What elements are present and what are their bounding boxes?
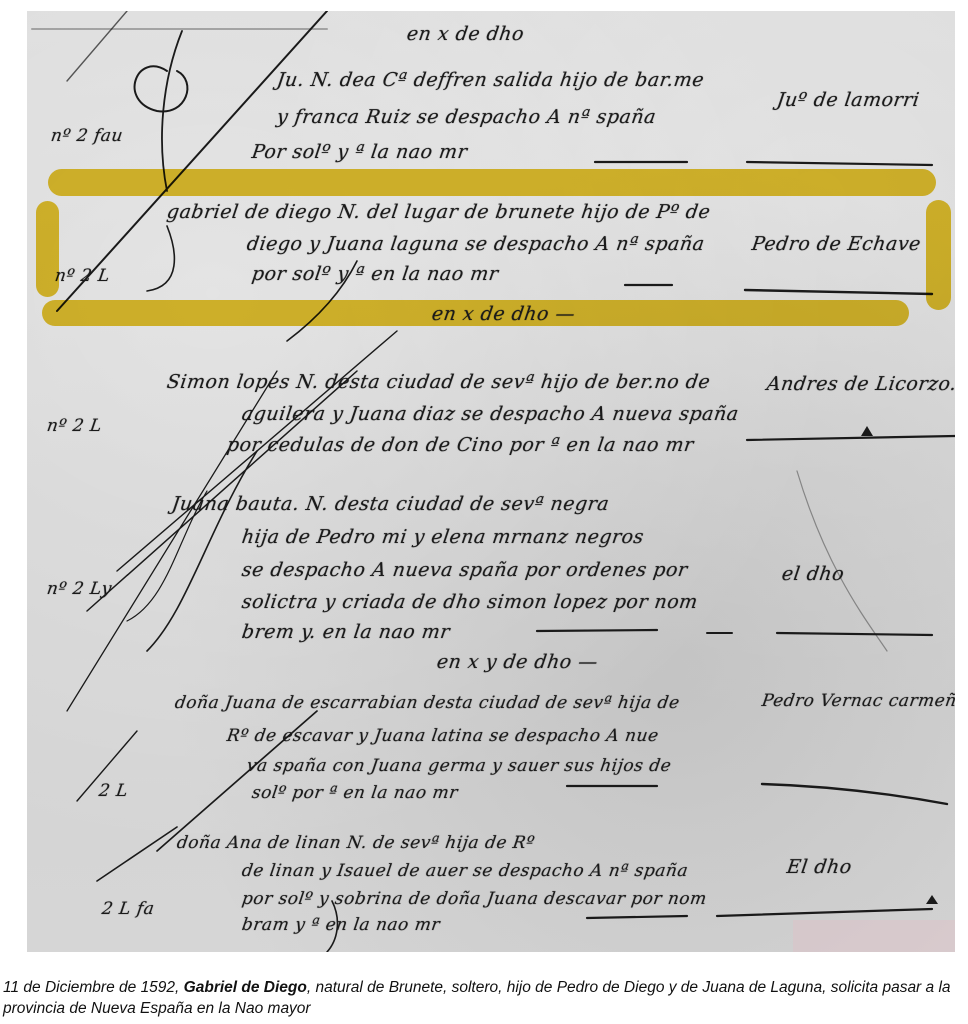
margin-right-official: el dho bbox=[780, 563, 845, 585]
entry-line: por solº y sobrina de doña Juana descava… bbox=[241, 889, 709, 909]
entry-line-highlighted: diego y Juana laguna se despacho A nª sp… bbox=[245, 233, 706, 255]
margin-left-note: nº 2 L bbox=[54, 266, 112, 286]
manuscript-scan: en x de dho nº 2 fau Ju. N. dea Cª deffr… bbox=[27, 11, 955, 952]
margin-left-note: 2 L fa bbox=[101, 899, 156, 919]
entry-line: Ju. N. dea Cª deffren salida hijo de bar… bbox=[275, 69, 705, 91]
entry-line: Simon lopes N. desta ciudad de sevª hijo… bbox=[165, 371, 711, 393]
caption-date: 11 de Diciembre de 1592, bbox=[3, 979, 184, 996]
entry-line-highlighted: gabriel de diego N. del lugar de brunete… bbox=[165, 201, 711, 223]
entry-heading: en x y de dho — bbox=[435, 651, 599, 673]
margin-right-official: Pedro Vernac carmeño bbox=[761, 691, 955, 711]
margin-left-note: 2 L bbox=[98, 781, 130, 801]
margin-left-note: nº 2 fau bbox=[50, 126, 125, 146]
entry-line: solº por ª en la nao mr bbox=[251, 783, 460, 803]
margin-right-official: El dho bbox=[785, 856, 853, 878]
entry-line: va spaña con Juana germa y sauer sus hij… bbox=[246, 756, 673, 776]
highlight-bar-right bbox=[926, 200, 951, 310]
margin-left-note: nº 2 L bbox=[46, 416, 104, 436]
ink-strokes bbox=[27, 11, 955, 952]
entry-line-highlighted: por solº y ª en la nao mr bbox=[250, 263, 500, 285]
entry-line: solictra y criada de dho simon lopez por… bbox=[240, 591, 699, 613]
entry-line: de linan y Isauel de auer se despacho A … bbox=[241, 861, 690, 881]
entry-line: brem y. en la nao mr bbox=[240, 621, 451, 643]
entry-line: se despacho A nueva spaña por ordenes po… bbox=[240, 559, 689, 581]
entry-line: Rº de escavar y Juana latina se despacho… bbox=[226, 726, 660, 746]
entry-heading: en x de dho — bbox=[430, 303, 576, 325]
entry-line: Juana bauta. N. desta ciudad de sevª neg… bbox=[170, 493, 610, 515]
margin-right-official: Andres de Licorzo. bbox=[765, 373, 955, 395]
caption-name: Gabriel de Diego bbox=[184, 979, 307, 996]
entry-line: doña Juana de escarrabian desta ciudad d… bbox=[174, 693, 681, 713]
margin-left-note: nº 2 Ly bbox=[46, 579, 113, 599]
entry-line: aguilera y Juana diaz se despacho A nuev… bbox=[240, 403, 740, 425]
highlight-bar-left bbox=[36, 201, 59, 297]
entry-line: Por solº y ª la nao mr bbox=[250, 141, 468, 163]
entry-line: doña Ana de linan N. de sevª hija de Rº bbox=[176, 833, 536, 853]
entry-heading: en x de dho bbox=[405, 23, 525, 45]
margin-right-official: Juº de lamorri bbox=[775, 89, 920, 111]
margin-right-official: Pedro de Echave bbox=[750, 233, 922, 255]
highlight-bar-top bbox=[48, 169, 936, 196]
entry-line: y franca Ruiz se despacho A nª spaña bbox=[275, 106, 657, 128]
entry-line: bram y ª en la nao mr bbox=[241, 915, 442, 935]
discoloration-patch bbox=[793, 920, 955, 952]
entry-line: hija de Pedro mi y elena mrnanz negros bbox=[240, 526, 645, 548]
figure-caption: 11 de Diciembre de 1592, Gabriel de Dieg… bbox=[3, 977, 963, 1019]
entry-line: por cedulas de don de Cino por ª en la n… bbox=[225, 434, 695, 456]
